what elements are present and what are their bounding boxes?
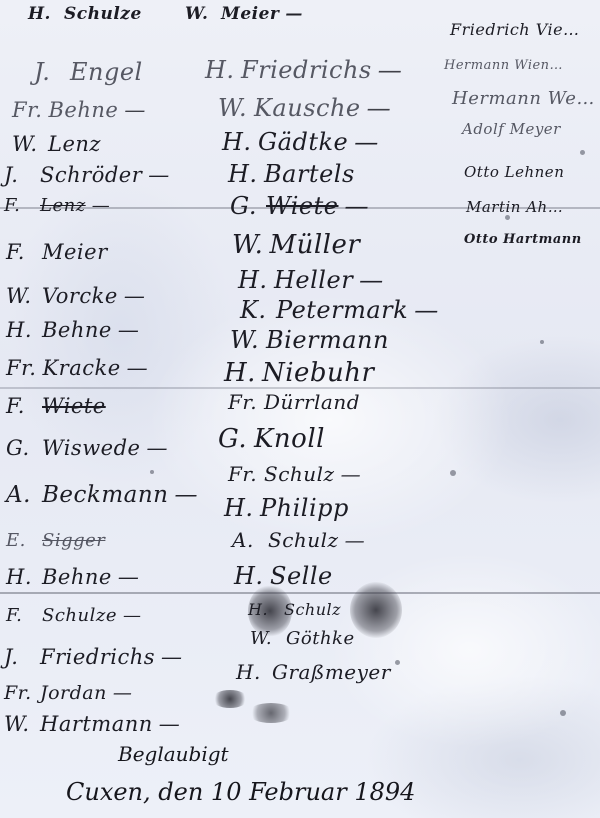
list-item: H.Selle: [234, 562, 333, 590]
list-item: F.Meier: [6, 240, 108, 264]
list-item: W.Biermann: [230, 326, 389, 354]
speck: [150, 470, 154, 474]
list-item: F.Schulze—: [6, 605, 142, 626]
entry-initial: Fr.: [4, 682, 34, 704]
speck: [560, 710, 566, 716]
attestation-text: Beglaubigt: [118, 742, 229, 766]
list-item: Fr.Kracke—: [6, 356, 148, 380]
entry-surname: Schulze: [64, 4, 142, 24]
entry-initial: E.: [6, 530, 36, 551]
list-item: H.Heller—: [238, 266, 384, 294]
list-item: J.Engel: [34, 58, 143, 86]
list-item: H.Schulz: [248, 600, 341, 619]
list-item: F.Lenz—: [4, 195, 110, 216]
entry-initial: W.: [12, 132, 42, 156]
entry-surname: Meier: [221, 4, 279, 24]
list-item: H.Behne—: [6, 565, 139, 589]
list-item: F.Wiete: [6, 394, 106, 418]
entry-initial: F.: [6, 240, 36, 264]
list-item: Fr.Schulz—: [228, 462, 361, 486]
entry-initial: J.: [4, 645, 34, 669]
entry-initial: Fr.: [6, 356, 36, 380]
entry-surname: Sigger: [42, 530, 105, 551]
top-entry: H.Schulze: [28, 4, 142, 24]
entry-surname: Lenz: [40, 195, 86, 216]
speck: [580, 150, 585, 155]
entry-initial: Fr.: [12, 98, 42, 122]
list-item: H.Philipp: [224, 494, 349, 522]
entry-initial: G.: [218, 424, 248, 454]
list-item: W.Hartmann—: [4, 712, 180, 736]
list-item: Fr.Dürrland: [228, 390, 360, 414]
list-item: Hermann We…: [452, 88, 595, 109]
entry-surname: Schulz: [268, 528, 339, 552]
list-item: A.Beckmann—: [6, 482, 198, 508]
list-item: H.Gädtke—: [222, 128, 379, 156]
list-item: J.Friedrichs—: [4, 645, 183, 669]
entry-initial: A.: [232, 528, 262, 552]
entry-initial: H.: [236, 660, 266, 684]
entry-initial: H.: [228, 160, 258, 188]
list-item: W.Vorcke—: [6, 284, 145, 308]
entry-surname: Lenz: [48, 132, 101, 156]
list-item: K.Petermark—: [240, 296, 439, 324]
entry-initial: H.: [222, 128, 252, 156]
entry-initial: H.: [205, 56, 235, 84]
entry-initial: H.: [234, 562, 264, 590]
list-item: W.Müller: [232, 230, 360, 260]
entry-surname: Hartmann: [40, 712, 153, 736]
list-item: H.Niebuhr: [224, 358, 374, 388]
entry-surname: Wiete: [266, 192, 338, 220]
list-item: W.Göthke: [250, 628, 355, 649]
entry-initial: W.: [232, 230, 263, 260]
entry-surname: Schulz: [264, 462, 335, 486]
list-item: E.Sigger: [6, 530, 105, 551]
entry-surname: Schröder: [40, 163, 142, 187]
entry-surname: Schulz: [284, 600, 341, 619]
entry-initial: Fr.: [228, 390, 258, 414]
entry-surname: Engel: [70, 58, 143, 86]
entry-surname: Graßmeyer: [272, 660, 391, 684]
entry-surname: Friedrichs: [40, 645, 155, 669]
list-item: W.Lenz: [12, 132, 101, 156]
entry-surname: Dürrland: [264, 390, 360, 414]
entry-initial: W.: [250, 628, 280, 649]
ink-blot: [350, 582, 402, 638]
entry-initial: G.: [230, 192, 260, 220]
list-item: G.Knoll: [218, 424, 325, 454]
entry-initial: G.: [6, 436, 36, 460]
place-date-text: Cuxen, den 10 Februar 1894: [66, 778, 415, 806]
list-item: G.Wiswede—: [6, 436, 168, 460]
entry-surname: Kausche: [254, 94, 361, 122]
speck: [450, 470, 456, 476]
entry-initial: H.: [238, 266, 268, 294]
entry-initial: W.: [6, 284, 36, 308]
entry-surname: Behne: [42, 318, 112, 342]
entry-surname: Biermann: [266, 326, 389, 354]
entry-surname: Wiswede: [42, 436, 140, 460]
entry-initial: W.: [218, 94, 248, 122]
speck: [395, 660, 400, 665]
entry-surname: Heller: [274, 266, 353, 294]
entry-surname: Schulze: [42, 605, 117, 626]
entry-surname: Behne: [48, 98, 118, 122]
list-item: Friedrich Vie…: [450, 20, 580, 39]
entry-initial: F.: [4, 195, 34, 216]
entry-surname: Jordan: [40, 682, 107, 704]
ink-blot: [212, 690, 248, 708]
top-entry: W.Meier—: [185, 4, 303, 24]
entry-initial: H.: [6, 565, 36, 589]
entry-initial: J.: [34, 58, 64, 86]
entry-surname: Beckmann: [42, 482, 168, 508]
entry-surname: Wiete: [42, 394, 106, 418]
entry-surname: Göthke: [286, 628, 355, 649]
list-item: W.Kausche—: [218, 94, 391, 122]
entry-surname: Gädtke: [258, 128, 348, 156]
entry-initial: W.: [4, 712, 34, 736]
entry-initial: J.: [4, 163, 34, 187]
list-item: G.Wiete—: [230, 192, 369, 220]
ink-blot: [248, 703, 294, 723]
list-item: A.Schulz—: [232, 528, 365, 552]
entry-initial: Fr.: [228, 462, 258, 486]
entry-initial: H.: [224, 494, 254, 522]
entry-surname: Meier: [42, 240, 108, 264]
entry-initial: W.: [230, 326, 260, 354]
entry-surname: Niebuhr: [262, 358, 375, 388]
list-item: Adolf Meyer: [462, 120, 561, 138]
entry-initial: F.: [6, 394, 36, 418]
list-item: H.Graßmeyer: [236, 660, 391, 684]
list-item: Otto Lehnen: [464, 163, 564, 181]
entry-surname: Selle: [270, 562, 333, 590]
list-item: Fr.Behne—: [12, 98, 146, 122]
entry-initial: H.: [248, 600, 278, 619]
entry-surname: Vorcke: [42, 284, 118, 308]
entry-initial: H.: [224, 358, 256, 388]
entry-initial: H.: [6, 318, 36, 342]
entry-surname: Philipp: [260, 494, 349, 522]
entry-surname: Kracke: [42, 356, 120, 380]
list-item: J.Schröder—: [4, 163, 170, 187]
entry-surname: Friedrichs: [241, 56, 372, 84]
list-item: H.Bartels: [228, 160, 355, 188]
speck: [540, 340, 544, 344]
entry-initial: F.: [6, 605, 36, 626]
entry-surname: Müller: [269, 230, 360, 260]
entry-initial: A.: [6, 482, 36, 508]
list-item: Hermann Wien…: [444, 58, 563, 73]
list-item: H.Behne—: [6, 318, 139, 342]
entry-surname: Behne: [42, 565, 112, 589]
list-item: Martin Ah…: [466, 198, 563, 216]
list-item: Otto Hartmann: [464, 232, 582, 247]
list-item: Fr.Jordan—: [4, 682, 132, 704]
entry-surname: Petermark: [276, 296, 408, 324]
entry-initial: W.: [185, 4, 215, 24]
ruled-line: [0, 592, 600, 594]
list-item: H.Friedrichs—: [205, 56, 402, 84]
entry-surname: Bartels: [264, 160, 355, 188]
entry-initial: H.: [28, 4, 58, 24]
entry-initial: K.: [240, 296, 270, 324]
entry-surname: Knoll: [254, 424, 325, 454]
